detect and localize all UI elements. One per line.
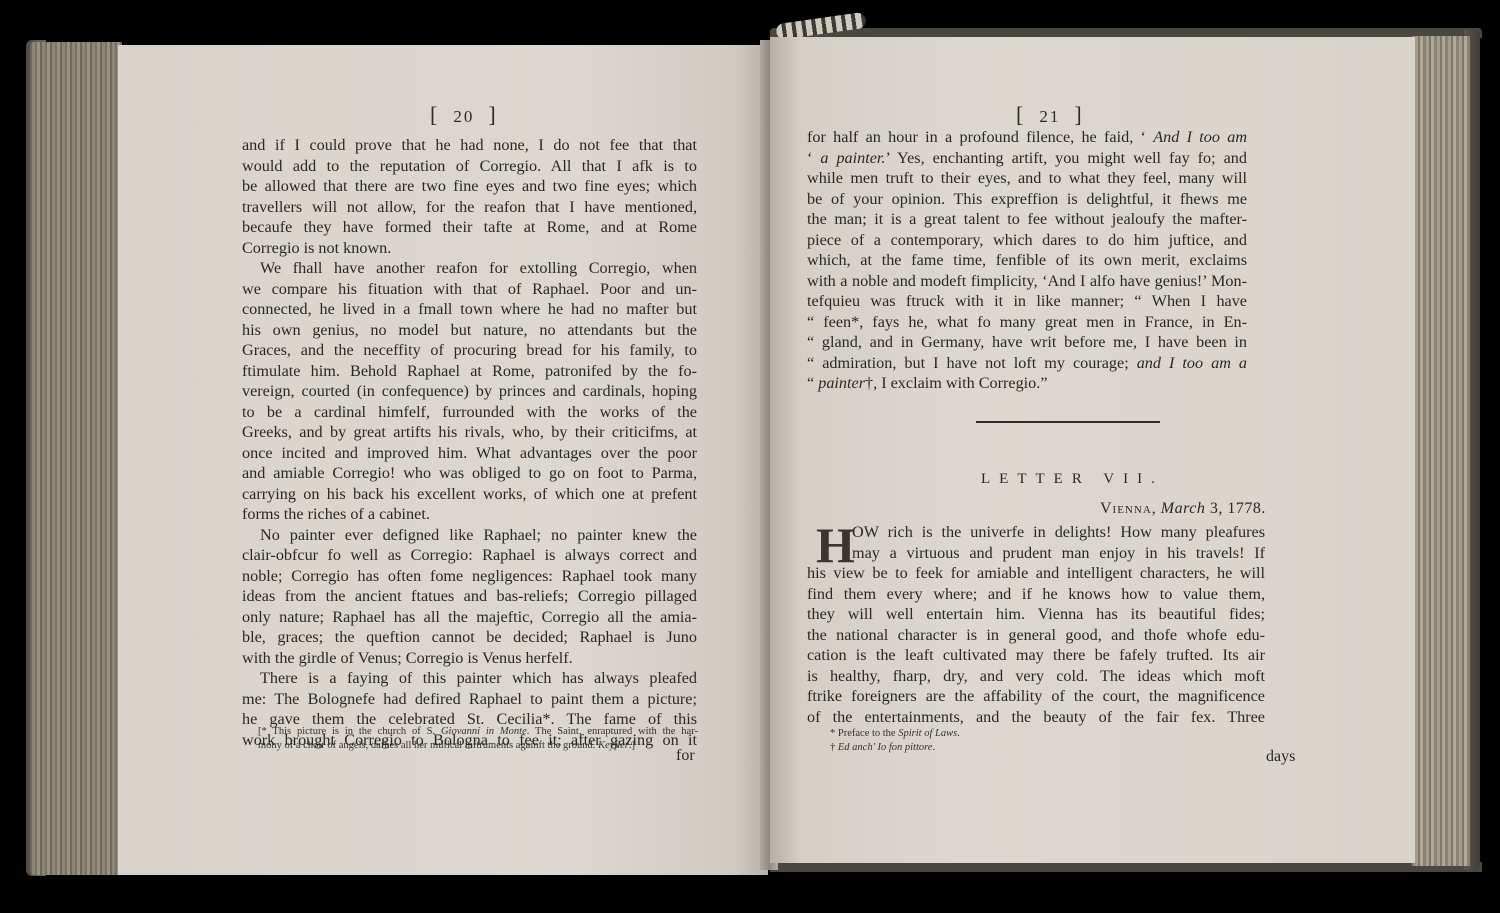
text-line: ftrike foreigners are the affability of …	[807, 686, 1265, 707]
text-line: once incited and improved him. What adva…	[242, 443, 697, 464]
left-page-footnote: [* This picture is in the church of S. G…	[258, 725, 698, 753]
text-line: is healthy, fharp, dry, and very cold. T…	[807, 666, 1265, 687]
letter-body: OW rich is the univerfe in delights! How…	[807, 522, 1265, 727]
left-page-body: and if I could prove that he had none, I…	[242, 135, 697, 750]
open-book: [20] and if I could prove that he had no…	[0, 0, 1500, 913]
footnote: † Ed anch' Io fon pittore.	[830, 741, 1130, 755]
footnote: * Preface to the Spirit of Laws.	[830, 727, 1130, 741]
text-line: may a virtuous and prudent man enjoy in …	[807, 543, 1265, 564]
text-line: his view be to feek for amiable and inte…	[807, 563, 1265, 584]
text-line: the man; it is a great talent to fee wit…	[807, 209, 1247, 230]
text-line: ftimulate him. Behold Raphael at Rome, p…	[242, 361, 697, 382]
text-line: piece of a contemporary, which dares to …	[807, 230, 1247, 251]
text-line: would add to the reputation of Corregio.…	[242, 156, 697, 177]
text-line: “ feen*, fays he, what fo many great men…	[807, 312, 1247, 333]
text-line: cation is the leaft cultivated may there…	[807, 645, 1265, 666]
right-page-body: for half an hour in a profound filence, …	[807, 127, 1247, 394]
text-line: they will well entertain him. Vienna has…	[807, 604, 1265, 625]
text-line: connected, he lived in a fmall town wher…	[242, 299, 697, 320]
text-line: forms the riches of a cabinet.	[242, 504, 697, 525]
text-line: ble, graces; the queftion cannot be deci…	[242, 627, 697, 648]
text-line: find them every where; and if he knows h…	[807, 584, 1265, 605]
text-line: No painter ever defigned like Raphael; n…	[242, 525, 697, 546]
right-page: [21] for half an hour in a profound file…	[770, 37, 1415, 863]
letter-dateline: Vienna, March 3, 1778.	[1100, 500, 1266, 518]
page-block-edge-right	[1412, 36, 1470, 866]
text-line: Corregio is not known.	[242, 238, 697, 259]
text-line: me: The Bolognefe had defired Raphael to…	[242, 689, 697, 710]
book-cover-bottom	[770, 862, 1482, 872]
text-line: with the girdle of Venus; Corregio is Ve…	[242, 648, 697, 669]
text-line: and if I could prove that he had none, I…	[242, 135, 697, 156]
text-line: his own genius, no model but nature, no …	[242, 320, 697, 341]
text-line: with a noble and modeft fimplicity, ‘And…	[807, 271, 1247, 292]
text-line: “ admiration, but I have not loft my cou…	[807, 353, 1247, 374]
text-line: tefquieu was ftruck with it in like mann…	[807, 291, 1247, 312]
page-number-right: [21]	[1016, 102, 1084, 128]
text-line: which, at the fame time, fenfible of its…	[807, 250, 1247, 271]
text-line: to be a cardinal himfelf, furrounded wit…	[242, 402, 697, 423]
text-line: vereign, courted (in confequence) by pri…	[242, 381, 697, 402]
left-page: [20] and if I could prove that he had no…	[118, 45, 768, 875]
text-line: becaufe they have formed their tafte at …	[242, 217, 697, 238]
text-line: OW rich is the univerfe in delights! How…	[807, 522, 1265, 543]
text-line: and amiable Corregio! who was obliged to…	[242, 463, 697, 484]
text-line: we compare his fituation with that of Ra…	[242, 279, 697, 300]
text-line: be allowed that there are two fine eyes …	[242, 176, 697, 197]
text-line: only nature; Raphael has all the majefti…	[242, 607, 697, 628]
text-line: We fhall have another reafon for extolli…	[242, 258, 697, 279]
right-page-footnotes: * Preface to the Spirit of Laws. † Ed an…	[830, 727, 1130, 755]
text-line: ideas from the ancient ftatues and bas-r…	[242, 586, 697, 607]
text-line: “ gland, and in Germany, have writ befor…	[807, 332, 1247, 353]
text-line: for half an hour in a profound filence, …	[807, 127, 1247, 148]
text-line: Greeks, and by great artifts his rivals,…	[242, 422, 697, 443]
text-line: clair-obfcur fo well as Corregio: Raphae…	[242, 545, 697, 566]
text-line: of the entertainments, and the beauty of…	[807, 707, 1265, 728]
text-line: the national character is in general goo…	[807, 625, 1265, 646]
text-line: be of your opinion. This expreffion is d…	[807, 189, 1247, 210]
letter-heading: LETTER VII.	[981, 471, 1164, 488]
text-line: noble; Corregio has often fome negligenc…	[242, 566, 697, 587]
text-line: while men truft to their eyes, and to wh…	[807, 168, 1247, 189]
catchword-right: days	[1266, 748, 1295, 766]
text-line: There is a faying of this painter which …	[242, 668, 697, 689]
page-block-edge-left	[30, 42, 122, 875]
catchword-left: for	[676, 747, 695, 765]
text-line: ‘ a painter.’ Yes, enchanting artift, yo…	[807, 148, 1247, 169]
text-line: “ painter†, I exclaim with Corregio.”	[807, 373, 1247, 394]
text-line: travellers will not allow, for the reafo…	[242, 197, 697, 218]
text-line: Graces, and the neceffity of procuring b…	[242, 340, 697, 361]
section-divider-rule	[976, 421, 1160, 423]
text-line: carrying on his back his excellent works…	[242, 484, 697, 505]
page-number-left: [20]	[430, 102, 498, 128]
